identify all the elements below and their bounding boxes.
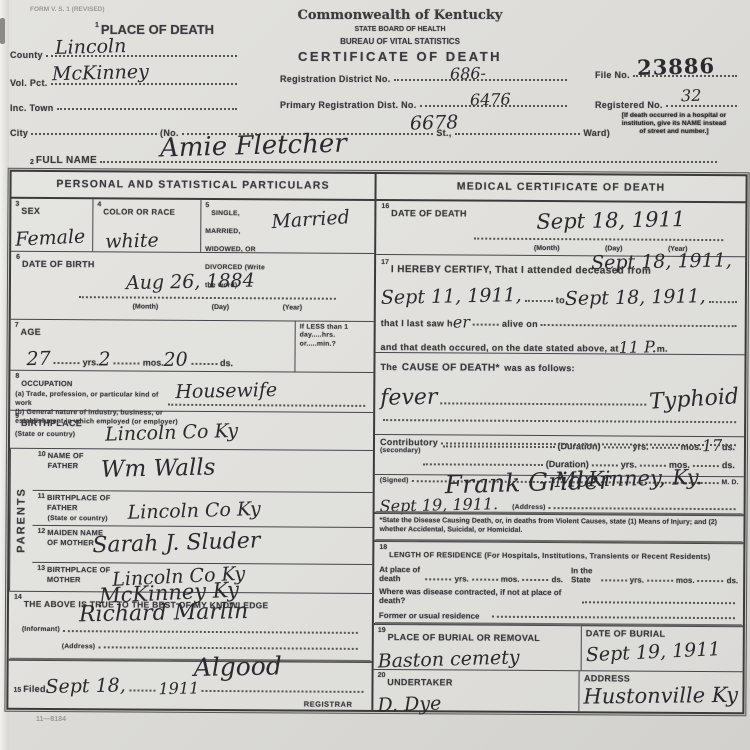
- cause-value-right: Typhoid: [649, 384, 740, 415]
- state-board-subtitle: STATE BOARD OF HEALTH: [250, 26, 550, 33]
- color-race-cell: 4COLOR OR RACE white: [93, 199, 201, 252]
- certify-m-label: m.: [657, 344, 668, 354]
- residence-at-place: At place of death yrs. mos. ds.: [379, 565, 563, 584]
- occupation-a-value: Housewife: [175, 379, 277, 403]
- personal-particulars-heading: PERSONAL AND STATISTICAL PARTICULARS: [11, 172, 374, 201]
- city-no-value: 6678: [410, 111, 459, 134]
- sex-value: Female: [15, 225, 89, 250]
- residence-label: LENGTH OF RESIDENCE (For Hospitals, Inst…: [389, 550, 710, 561]
- occupation-row: 8OCCUPATION (a) Trade, profession, or pa…: [10, 371, 373, 413]
- residence-mos-2: mos.: [676, 576, 695, 585]
- personal-particulars-column: PERSONAL AND STATISTICAL PARTICULARS 3SE…: [8, 172, 376, 710]
- sex-cell: 3SEX Female: [11, 199, 93, 251]
- undertaker-cell: 20UNDERTAKER D. Dye: [373, 670, 580, 711]
- full-name-label: FULL NAME: [36, 155, 97, 166]
- signed-address-value: McKinney, Ky.: [555, 465, 703, 492]
- certify-row: 17I HEREBY CERTIFY, That I attended dece…: [376, 255, 746, 355]
- residence-row: 18LENGTH OF RESIDENCE (For Hospitals, In…: [374, 541, 744, 627]
- primary-registration-row: Primary Registration Dist. No. 6476: [280, 100, 570, 110]
- registration-district-value: 686-: [450, 64, 486, 84]
- marital-number: 5: [205, 202, 209, 209]
- cause-label-pre: The: [380, 362, 397, 372]
- residence-former-label: Former or usual residence: [379, 611, 489, 621]
- certificate-title: CERTIFICATE OF DEATH: [250, 49, 550, 64]
- informant-row: 14THE ABOVE IS TRUE TO THE BEST OF MY KN…: [9, 592, 372, 662]
- certificate-header: FORM V. S. 1 (REVISED) Commonwealth of K…: [0, 0, 750, 172]
- residence-line-1: [426, 576, 452, 580]
- registered-no-label: Registered No.: [595, 100, 663, 110]
- medical-certificate-column: MEDICAL CERTIFICATE OF DEATH 16DATE OF D…: [373, 174, 745, 712]
- certify-line2a: that I last saw h: [381, 318, 453, 328]
- dod-number: 16: [381, 203, 389, 210]
- burial-date-cell: DATE OF BURIAL Sept 19, 1911: [582, 626, 743, 671]
- certificate-body: PERSONAL AND STATISTICAL PARTICULARS 3SE…: [6, 170, 747, 714]
- registered-no-value: 32: [681, 86, 702, 106]
- color-race-value: white: [105, 228, 197, 253]
- dob-line: [79, 294, 336, 300]
- father-birthplace-row: 11BIRTHPLACE OF FATHER (State or country…: [32, 491, 372, 528]
- certify-line-c: [473, 322, 499, 326]
- inc-town-row: Inc. Town: [10, 103, 240, 113]
- occupation-a-label: (a) Trade, profession, or particular kin…: [15, 391, 165, 409]
- cause-of-death-row: The CAUSE OF DEATH* was as follows: feve…: [375, 353, 744, 437]
- form-code: FORM V. S. 1 (REVISED): [30, 6, 105, 13]
- filed-number: 15: [13, 687, 21, 694]
- contributory-ds-label: ds.: [722, 460, 735, 470]
- medical-certificate-heading: MEDICAL CERTIFICATE OF DEATH: [376, 174, 745, 203]
- date-of-death-row: 16DATE OF DEATH Sept 18, 1911 (Month) (D…: [376, 201, 745, 258]
- filed-line-1: [129, 687, 155, 691]
- residence-where-line: [582, 599, 735, 604]
- full-name-row: 2 FULL NAME Amie Fletcher: [30, 155, 720, 166]
- residence-yrs-2: yrs.: [630, 575, 644, 584]
- burial-place-value: Baston cemety: [377, 645, 577, 673]
- undertaker-label: UNDERTAKER: [387, 677, 452, 687]
- age-yrs-value: 27: [26, 347, 51, 369]
- contributory-duration-lead: [423, 461, 543, 466]
- informant-line: [63, 628, 358, 634]
- registration-district-label: Registration District No.: [280, 74, 391, 84]
- age-label: AGE: [21, 326, 41, 336]
- residence-line-2: [472, 576, 498, 580]
- residence-mos-1: mos.: [501, 575, 520, 584]
- signed-address-label: (Address): [512, 504, 546, 513]
- age-yrs-label: yrs.: [83, 357, 99, 367]
- plate-number: 11—8184: [36, 716, 66, 723]
- occupation-label: OCCUPATION: [21, 379, 72, 388]
- birthplace-value: Lincoln Co Ky: [105, 420, 239, 446]
- residence-ds-1: ds.: [551, 575, 563, 584]
- parents-section: PARENTS 10NAME OF FATHER Wm Walls 11BIRT…: [9, 449, 373, 594]
- city-line-1: [31, 131, 157, 135]
- father-name-value: Wm Walls: [101, 455, 216, 483]
- sex-color-marital-row: 3SEX Female 4COLOR OR RACE white 5SINGLE…: [11, 199, 374, 254]
- residence-at-place-label: At place of death: [379, 565, 422, 583]
- registrar-label: REGISTRAR: [13, 698, 352, 709]
- mother-maiden-row: 12MAIDEN NAME OF MOTHER Sarah J. Sluder: [32, 526, 372, 565]
- bureau-subtitle: BUREAU OF VITAL STATISTICS: [250, 37, 550, 46]
- certify-line2b: alive on: [502, 319, 538, 329]
- commonwealth-title: Commonwealth of Kentucky: [250, 8, 550, 23]
- residence-in-state: In the State yrs. mos. ds.: [571, 566, 738, 585]
- age-line-2: [114, 360, 140, 364]
- color-race-label: COLOR OR RACE: [103, 207, 175, 216]
- informant-number: 14: [14, 594, 22, 601]
- certify-to-label: to: [556, 295, 565, 305]
- certify-from-value: Sept 11, 1911,: [381, 284, 522, 309]
- dod-value: Sept 18, 1911: [536, 207, 685, 234]
- undertaker-row: 20UNDERTAKER D. Dye ADDRESS Hustonville …: [373, 670, 742, 712]
- cause-line-1: [440, 401, 646, 406]
- age-ds-label: ds.: [220, 358, 233, 368]
- vol-pct-label: Vol. Pct.: [10, 78, 48, 88]
- county-row: County Lincoln: [10, 50, 240, 60]
- age-line-3: [191, 360, 217, 364]
- certify-line-b: [709, 299, 737, 303]
- birthplace-row: 9BIRTHPLACE (State or country) Lincoln C…: [10, 411, 373, 451]
- father-name-number: 10: [38, 451, 46, 458]
- undertaker-value: D. Dye: [377, 689, 575, 717]
- residence-number: 18: [379, 544, 387, 551]
- age-line-1: [54, 360, 80, 364]
- mother-birthplace-number: 13: [37, 565, 45, 572]
- residence-in-state-label: In the State: [571, 566, 598, 584]
- file-no-label: File No.: [595, 70, 630, 80]
- dob-month-caption: (Month): [133, 303, 159, 310]
- cause-label-post: was as follows:: [504, 363, 575, 373]
- dob-day-caption: (Day): [212, 304, 230, 311]
- cause-label-bold: CAUSE OF DEATH*: [402, 362, 500, 374]
- father-birthplace-value: Lincoln Co Ky: [127, 498, 261, 524]
- mother-maiden-number: 12: [37, 528, 45, 535]
- vol-pct-value: McKinney: [52, 61, 149, 86]
- residence-line-4: [601, 577, 627, 581]
- age-number: 7: [15, 321, 19, 328]
- burial-place-number: 19: [378, 627, 386, 634]
- hospital-note: [If death occurred in a hospital or inst…: [618, 112, 730, 137]
- age-mos-value: 2: [98, 348, 111, 370]
- certify-number: 17: [381, 259, 389, 266]
- parents-vertical-label: PARENTS: [9, 449, 33, 591]
- father-birthplace-number: 11: [38, 493, 45, 500]
- certify-line-a: [525, 298, 553, 302]
- residence-line-5: [647, 577, 673, 581]
- residence-where-label: Where was disease contracted, if not at …: [379, 587, 579, 606]
- contributory-sub-label: (secondary): [380, 447, 739, 458]
- informant-label: (Informant): [22, 626, 60, 635]
- birthplace-number: 9: [15, 413, 19, 420]
- cause-line-2: [383, 417, 736, 423]
- section-1-number: 1: [95, 22, 99, 29]
- city-label: City: [10, 128, 28, 138]
- registered-no-row: Registered No. 32: [595, 100, 740, 110]
- age-ds-value: 20: [164, 348, 189, 370]
- filed-label: Filed: [23, 684, 46, 694]
- father-birthplace-label: BIRTHPLACE OF FATHER: [47, 493, 117, 512]
- burial-row: 19PLACE OF BURIAL OR REMOVAL Baston ceme…: [374, 624, 743, 672]
- mother-maiden-value: Sarah J. Sluder: [92, 529, 261, 559]
- burial-place-cell: 19PLACE OF BURIAL OR REMOVAL Baston ceme…: [374, 625, 582, 670]
- registration-district-row: Registration District No. 686-: [280, 74, 570, 84]
- full-name-number: 2: [30, 159, 34, 166]
- less-than-one-day-cell: If LESS than 1 day.....hrs. or.....min.?: [295, 321, 373, 372]
- inc-town-label: Inc. Town: [10, 103, 54, 113]
- inc-town-line: [57, 106, 237, 110]
- dob-label: DATE OF BIRTH: [22, 259, 95, 269]
- signed-address-line: [549, 506, 736, 511]
- filed-line-2: [202, 688, 364, 693]
- marital-status-cell: 5SINGLE, MARRIED, WIDOWED, OR DIVORCED (…: [201, 200, 374, 253]
- father-name-row: 10NAME OF FATHER Wm Walls: [33, 449, 373, 493]
- dod-label: DATE OF DEATH: [391, 208, 467, 218]
- filed-year-value: 1911: [158, 678, 199, 698]
- date-of-birth-row: 6DATE OF BIRTH Aug 26, 1884 (Month) (Day…: [11, 252, 374, 322]
- certify-to-value: Sept 18, 1911,: [565, 285, 706, 310]
- age-cell: 7AGE 27 yrs. 2 mos. 20 ds.: [10, 319, 295, 372]
- occupation-number: 8: [15, 373, 19, 380]
- residence-former-line: [492, 613, 735, 618]
- age-row: 7AGE 27 yrs. 2 mos. 20 ds. If LESS than …: [10, 319, 373, 373]
- signed-md-label: M. D.: [721, 479, 738, 488]
- full-name-value: Amie Fletcher: [160, 129, 347, 164]
- primary-registration-label: Primary Registration Dist. No.: [280, 100, 417, 110]
- file-no-row: File No. 23886: [595, 70, 740, 80]
- residence-yrs-1: yrs.: [455, 574, 469, 583]
- certify-saw-value: Sept 18, 1911,: [591, 250, 732, 275]
- age-mos-label: mos.: [143, 357, 164, 367]
- undertaker-address-cell: ADDRESS Hustonville Ky: [580, 671, 743, 712]
- occupation-a-line: [168, 402, 365, 407]
- dob-number: 6: [16, 254, 20, 261]
- registrar-signature: Algood: [193, 651, 282, 682]
- contributory-line: [441, 441, 736, 447]
- burial-place-label: PLACE OF BURIAL OR REMOVAL: [388, 632, 541, 643]
- residence-ds-2: ds.: [727, 576, 739, 585]
- mother-birthplace-label: BIRTHPLACE OF MOTHER: [47, 565, 117, 584]
- vol-pct-row: Vol. Pct. McKinney: [10, 78, 240, 88]
- undertaker-address-value: Hustonville Ky: [584, 683, 739, 709]
- city-line-3: [455, 131, 581, 135]
- dob-year-caption: (Year): [283, 304, 303, 311]
- county-label: County: [10, 50, 43, 60]
- birthplace-label: BIRTHPLACE: [21, 418, 82, 428]
- primary-registration-value: 6476: [470, 89, 511, 109]
- sex-label: SEX: [21, 206, 40, 216]
- undertaker-number: 20: [378, 672, 386, 679]
- cause-footnote: *State the Disease Causing Death, or, in…: [374, 513, 743, 543]
- color-race-number: 4: [97, 201, 101, 208]
- cause-value-left: fever: [380, 385, 438, 411]
- residence-line-3: [522, 577, 548, 581]
- dod-month-caption: (Month): [534, 245, 560, 252]
- certify-her-value: er: [453, 313, 471, 332]
- father-name-label: NAME OF FATHER: [48, 451, 96, 470]
- informant-address-line: [98, 645, 357, 651]
- dod-line: [474, 235, 723, 241]
- signed-label: (Signed): [380, 477, 409, 486]
- filed-row: 15 Filed Sept 18, 1911 Algood REGISTRAR: [8, 660, 371, 710]
- dob-value: Aug 26, 1884: [126, 269, 255, 294]
- certify-line3: and that death occured, on the date stat…: [381, 342, 619, 353]
- signed-row: (Signed) M. D. Frank Grider Sept 19, 191…: [375, 475, 744, 515]
- burial-date-value: Sept 19, 1911: [585, 637, 739, 666]
- county-value: Lincoln: [55, 35, 127, 59]
- filed-date-value: Sept 18,: [46, 674, 127, 698]
- death-certificate-scan: FORM V. S. 1 (REVISED) Commonwealth of K…: [0, 0, 750, 750]
- certify-line-d: [541, 322, 737, 327]
- file-no-value: 23886: [637, 53, 716, 80]
- marital-value: Married: [271, 206, 351, 233]
- sex-number: 3: [15, 201, 19, 208]
- informant-address-label: (Address): [62, 643, 96, 652]
- residence-line-6: [698, 578, 724, 582]
- city-ward-label: Ward): [583, 128, 610, 138]
